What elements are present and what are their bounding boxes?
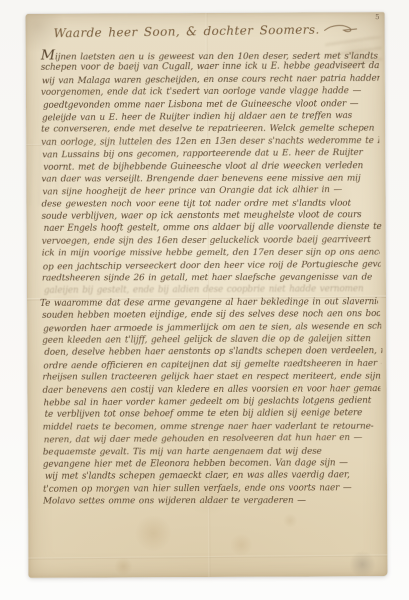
manuscript-line: voornt. met de bijhebbende Guineesche vl…	[43, 160, 381, 174]
manuscript-photo: 5 Waarde heer Soon, & dochter Soomers. M…	[0, 0, 409, 600]
manuscript-line: geworden haer armoede is jammerlijck om …	[43, 320, 381, 335]
manuscript-line: Mijnen laetsten aen u is geweest van den…	[41, 49, 379, 62]
manuscript-line: dese gewesten noch voor eene tijt tot na…	[42, 197, 380, 210]
letter-paragraph-2: Te waaromme dat dese arme gevangene al h…	[42, 296, 381, 508]
manuscript-page: 5 Waarde heer Soon, & dochter Soomers. M…	[26, 12, 388, 578]
manuscript-line: wij met s'landts schepen gemaeckt claer,…	[45, 469, 383, 483]
manuscript-line: Te waaromme dat dese arme gevangene al h…	[40, 296, 378, 310]
manuscript-line: naer Engels hooft gestelt, omme ons alda…	[44, 222, 382, 236]
salutation-flourish-icon	[324, 22, 358, 37]
fold-crease-lower	[28, 554, 387, 559]
letter-salutation: Waarde heer Soon, & dochter Soomers.	[54, 21, 379, 43]
manuscript-line: neren, dat wij daer mede gehouden en res…	[44, 432, 382, 447]
letter-text: Waarde heer Soon, & dochter Soomers. Mij…	[41, 22, 382, 508]
letter-salutation-text: Waarde heer Soon, & dochter Soomers.	[54, 23, 320, 42]
manuscript-line: wij van Malaga waren gescheijden, en ons…	[42, 72, 380, 87]
manuscript-line: Molavo settes omme ons wijderen aldaer t…	[43, 495, 381, 508]
manuscript-line: te converseren, ende met deselve te repa…	[41, 123, 379, 136]
manuscript-line: te verblijven tot onse behoef omme te et…	[45, 407, 383, 421]
letter-paragraph-1: Mijnen laetsten aen u is geweest van den…	[41, 48, 380, 298]
manuscript-line: bequaemste gevalt. Tis mij van harte aen…	[43, 445, 381, 458]
manuscript-line: rheijsen sullen tracteeren gelijck haer …	[42, 371, 380, 384]
